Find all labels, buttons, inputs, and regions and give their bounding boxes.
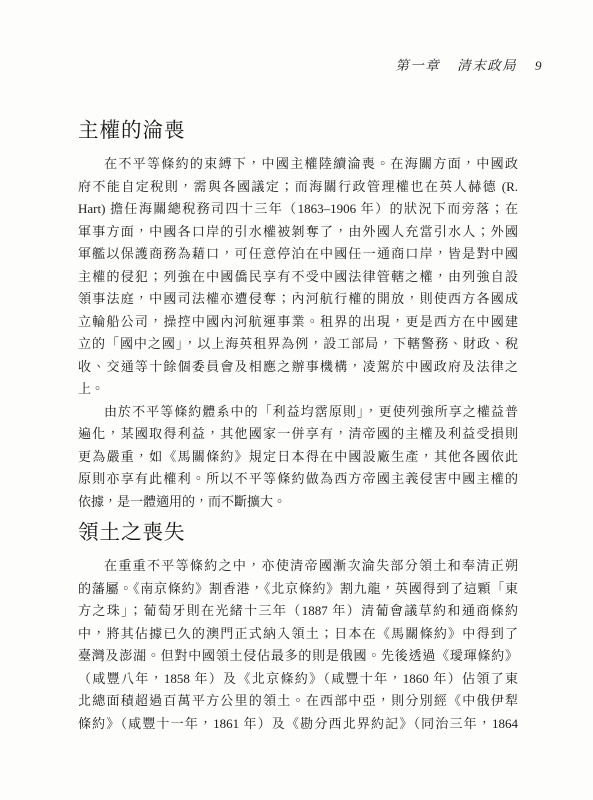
body-line: 的藩屬。《南京條約》割香港，《北京條約》割九龍，英國得到了這顆「東 [78, 578, 518, 601]
page-content: 主權的淪喪 在不平等條約的束縛下，中國主權陸續淪喪。在海關方面，中國政 府不能自… [78, 0, 518, 735]
body-line: 在重重不平等條約之中，亦使清帝國漸次淪失部分領土和奉清正朔 [78, 555, 518, 578]
body-line: 中，將其佔據已久的澳門正式納入領土；日本在《馬關條約》中得到了 [78, 623, 518, 646]
paragraph: 由於不平等條約體系中的「利益均霑原則」，更使列強所享之權益普 遍化，某國取得利益… [78, 401, 518, 514]
book-page: 第一章 清末政局 9 主權的淪喪 在不平等條約的束縛下，中國主權陸續淪喪。在海關… [0, 0, 593, 800]
body-line: 在不平等條約的束縛下，中國主權陸續淪喪。在海關方面，中國政 [78, 153, 518, 176]
page-number: 9 [535, 58, 543, 73]
paragraph: 在重重不平等條約之中，亦使清帝國漸次淪失部分領土和奉清正朔 的藩屬。《南京條約》… [78, 555, 518, 735]
paragraph: 在不平等條約的束縛下，中國主權陸續淪喪。在海關方面，中國政 府不能自定稅則，需與… [78, 153, 518, 401]
body-line: 收、交通等十餘個委員會及相應之辦事機構，凌駕於中國政府及法律之 [78, 356, 518, 379]
body-line: 更為嚴重，如《馬關條約》規定日本得在中國設廠生產，其他各國依此 [78, 446, 518, 469]
body-line: 軍艦以保護商務為藉口，可任意停泊在中國任一通商口岸，皆是對中國 [78, 243, 518, 266]
body-line: 立的「國中之國」，以上海英租界為例，設工部局，下轄警務、財政、稅 [78, 333, 518, 356]
section-heading-sovereignty: 主權的淪喪 [78, 116, 518, 146]
body-line: 由於不平等條約體系中的「利益均霑原則」，更使列強所享之權益普 [78, 401, 518, 424]
body-line: 主權的侵犯；列強在中國僑民享有不受中國法律管轄之權，由列強自設 [78, 266, 518, 289]
body-line: 軍事方面，中國各口岸的引水權被剝奪了，由外國人充當引水人；外國 [78, 221, 518, 244]
body-line: 依據，是一體適用的，而不斷擴大。 [78, 491, 518, 514]
body-line: 上。 [78, 378, 518, 401]
body-line: 方之珠」；葡萄牙則在光緒十三年（1887 年）清葡會議草約和通商條約 [78, 600, 518, 623]
section-heading-territory: 領土之喪失 [78, 518, 518, 548]
body-line: 臺灣及澎湖。但對中國領土侵佔最多的則是俄國。先後透過《璦琿條約》 [78, 645, 518, 668]
body-line: 條約》（咸豐十一年，1861 年）及《勘分西北界約記》（同治三年，1864 [78, 713, 518, 736]
body-line: 北總面積超過百萬平方公里的領土。在西部中亞，則分別經《中俄伊犁 [78, 690, 518, 713]
body-line: 立輪船公司，操控中國內河航運事業。租界的出現，更是西方在中國建 [78, 311, 518, 334]
body-line: 府不能自定稅則，需與各國議定；而海關行政管理權也在英人赫德 (R. [78, 176, 518, 199]
body-line: Hart) 擔任海關總稅務司四十三年（1863–1906 年）的狀況下而旁落；在 [78, 198, 518, 221]
body-line: 原則亦享有此權利。所以不平等條約做為西方帝國主義侵害中國主權的 [78, 468, 518, 491]
body-line: 遍化，某國取得利益，其他國家一併享有，清帝國的主權及利益受損則 [78, 423, 518, 446]
body-line: （咸豐八年，1858 年）及《北京條約》（咸豐十年，1860 年）佔領了東 [78, 668, 518, 691]
body-line: 領事法庭，中國司法權亦遭侵奪；內河航行權的開放，則使西方各國成 [78, 288, 518, 311]
